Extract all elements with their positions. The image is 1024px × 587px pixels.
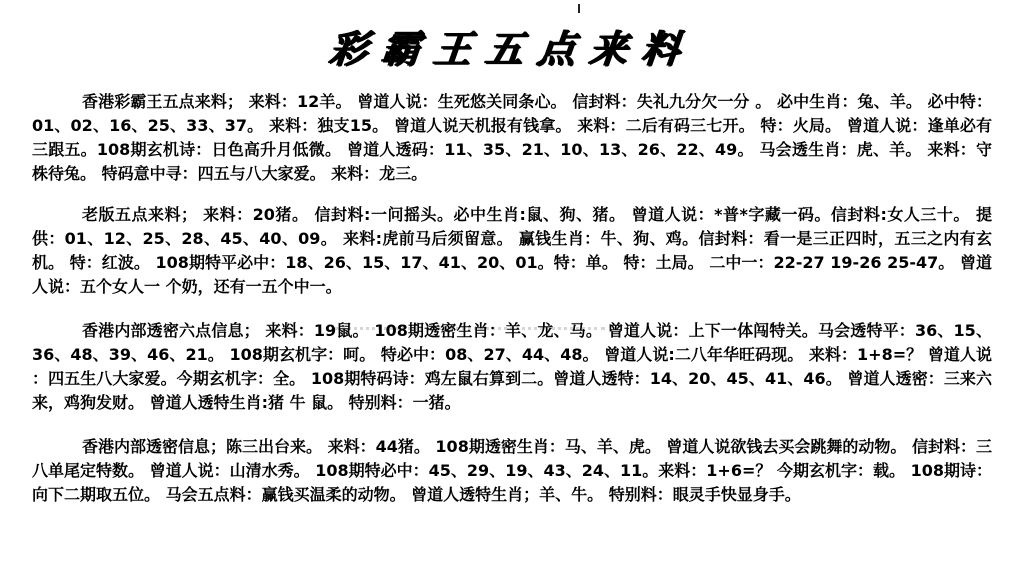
paragraph-laoban: 老版五点来料； 来料：20猪。 信封料:一问摇头。必中生肖:鼠、狗、猪。 曾道人… — [32, 203, 992, 299]
tick-mark — [578, 4, 580, 13]
paragraph-hk-internal-info: 香港内部透密信息；陈三出台来。 来料：44猪。 108期透密生肖：马、羊、虎。 … — [32, 435, 992, 507]
page-title: 彩霸王五点来料 — [0, 18, 1024, 73]
paragraph-hk-internal-six: 香港内部透密六点信息； 来料：19鼠。 108期透密生肖：羊、龙、马。 曾道人说… — [32, 319, 992, 415]
document-body: 香港彩霸王五点来料； 来料：12羊。 曾道人说：生死悠关同条心。 信封料：失礼九… — [32, 90, 992, 527]
paragraph-hk-caibawang: 香港彩霸王五点来料； 来料：12羊。 曾道人说：生死悠关同条心。 信封料：失礼九… — [32, 90, 992, 186]
